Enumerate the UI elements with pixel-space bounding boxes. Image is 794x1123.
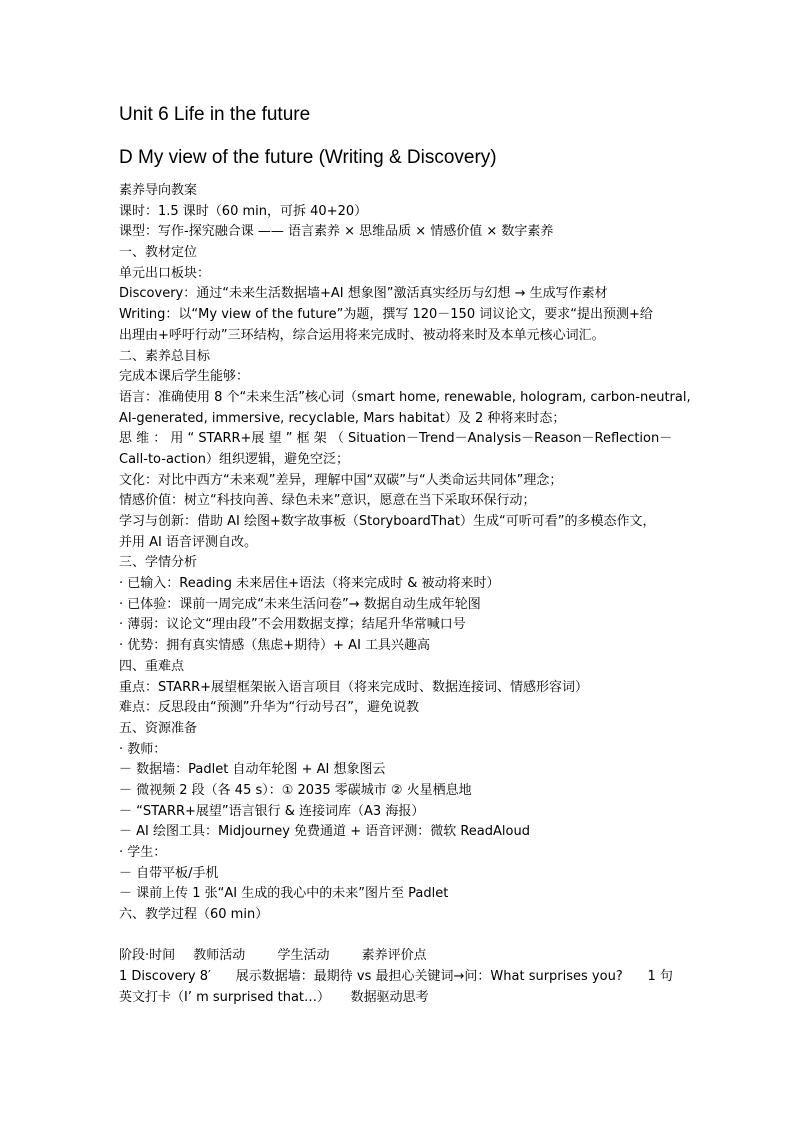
dash-item: － 自带平板/手机 <box>119 864 679 885</box>
paragraph-line: 难点：反思段由“预测”升华为“行动号召”，避免说教 <box>119 698 679 719</box>
header-stage: 阶段·时间 <box>119 948 175 963</box>
paragraph-line: 情感价值：树立“科技向善、绿色未来”意识，愿意在当下采取环保行动； <box>119 491 679 512</box>
dash-item: － 课前上传 1 张“AI 生成的我心中的未来”图片至 Padlet <box>119 884 679 905</box>
paragraph-line: AI-generated, immersive, recyclable, Mar… <box>119 409 679 430</box>
paragraph-line: 并用 AI 语音评测自改。 <box>119 533 679 554</box>
process-table-header: 阶段·时间 教师活动 学生活动 素养评价点 <box>119 946 679 967</box>
paragraph-line: 学习与创新：借助 AI 绘图+数字故事板（StoryboardThat）生成“可… <box>119 512 679 533</box>
paragraph-line: 重点：STARR+展望框架嵌入语言项目（将来完成时、数据连接词、情感形容词） <box>119 678 679 699</box>
header-evaluation: 素养评价点 <box>362 948 427 963</box>
paragraph-line: 语言：准确使用 8 个“未来生活”核心词（smart home, renewab… <box>119 388 679 409</box>
lesson-title: D My view of the future (Writing & Disco… <box>119 147 497 169</box>
paragraph-line: 思 维 ： 用 “ STARR+展 望 ” 框 架 （ Situation－Tr… <box>119 429 679 450</box>
paragraph-line: 出理由+呼吁行动”三环结构，综合运用将来完成时、被动将来时及本单元核心词汇。 <box>119 326 679 347</box>
paragraph-line: Writing：以“My view of the future”为题，撰写 12… <box>119 305 679 326</box>
paragraph-line: 文化：对比中西方“未来观”差异，理解中国“双碳”与“人类命运共同体”理念； <box>119 471 679 492</box>
document-body: 素养导向教案 课时：1.5 课时（60 min，可拆 40+20） 课型：写作-… <box>119 181 679 1009</box>
header-teacher-activity: 教师活动 <box>193 948 245 963</box>
paragraph-line: 完成本课后学生能够： <box>119 367 679 388</box>
bullet-item: · 薄弱：议论文“理由段”不会用数据支撑；结尾升华常喊口号 <box>119 615 679 636</box>
dash-item: － 数据墙：Padlet 自动年轮图 + AI 想象图云 <box>119 760 679 781</box>
section-heading-textbook-position: 一、教材定位 <box>119 243 679 264</box>
bullet-item: · 优势：拥有真实情感（焦虑+期待）+ AI 工具兴趣高 <box>119 636 679 657</box>
unit-title: Unit 6 Life in the future <box>119 104 310 126</box>
process-row-line: 1 Discovery 8′ 展示数据墙：最期待 vs 最担心关键词→问：Wha… <box>119 967 679 988</box>
plan-type: 素养导向教案 <box>119 181 679 202</box>
blank-line <box>119 926 679 947</box>
process-row-line: 英文打卡（I’ m surprised that…） 数据驱动思考 <box>119 988 679 1009</box>
section-heading-resources: 五、资源准备 <box>119 719 679 740</box>
dash-item: － AI 绘图工具：Midjourney 免费通道 + 语音评测：微软 Read… <box>119 822 679 843</box>
section-heading-overall-goals: 二、素养总目标 <box>119 347 679 368</box>
section-heading-key-points: 四、重难点 <box>119 657 679 678</box>
paragraph-line: Call-to-action）组织逻辑，避免空泛； <box>119 450 679 471</box>
section-heading-teaching-process: 六、教学过程（60 min） <box>119 905 679 926</box>
bullet-item: · 已输入：Reading 未来居住+语法（将来完成时 & 被动将来时） <box>119 574 679 595</box>
bullet-item: · 教师： <box>119 740 679 761</box>
lesson-type: 课型：写作-探究融合课 —— 语言素养 × 思维品质 × 情感价值 × 数字素养 <box>119 222 679 243</box>
dash-item: － “STARR+展望”语言银行 & 连接词库（A3 海报） <box>119 802 679 823</box>
paragraph-line: 单元出口板块： <box>119 264 679 285</box>
bullet-item: · 学生： <box>119 843 679 864</box>
class-hours: 课时：1.5 课时（60 min，可拆 40+20） <box>119 202 679 223</box>
paragraph-line: Discovery：通过“未来生活数据墙+AI 想象图”激活真实经历与幻想 → … <box>119 284 679 305</box>
bullet-item: · 已体验：课前一周完成“未来生活问卷”→ 数据自动生成年轮图 <box>119 595 679 616</box>
header-student-activity: 学生活动 <box>277 948 329 963</box>
dash-item: － 微视频 2 段（各 45 s）：① 2035 零碳城市 ② 火星栖息地 <box>119 781 679 802</box>
section-heading-learner-analysis: 三、学情分析 <box>119 553 679 574</box>
